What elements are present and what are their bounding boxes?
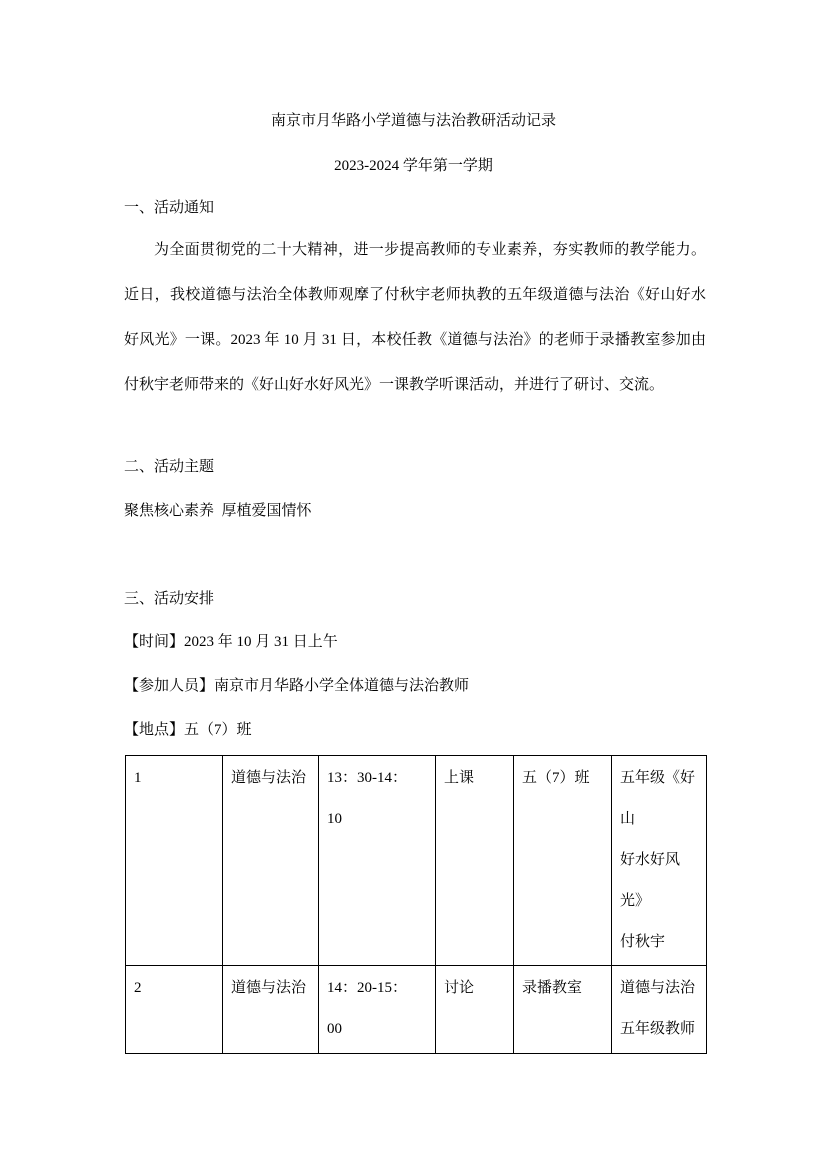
table-cell-activity: 上课: [436, 756, 514, 966]
table-cell-place: 五（7）班: [514, 756, 612, 966]
schedule-table-row: 2 道德与法治 14：20-15： 00 讨论 录播教室 道德与法治 五年级教师: [126, 966, 707, 1054]
info-participants-line: 【参加人员】南京市月华路小学全体道德与法治教师: [124, 677, 706, 695]
activity-theme-text: 聚焦核心素养 厚植爱国情怀: [124, 502, 706, 520]
info-time-line: 【时间】2023 年 10 月 31 日上午: [124, 633, 706, 651]
section-1-notice-paragraph: 为全面贯彻党的二十大精神，进一步提高教师的专业素养，夯实教师的教学能力。近日，我…: [124, 228, 706, 408]
document-page: 南京市月华路小学道德与法治教研活动记录 2023-2024 学年第一学期 一、活…: [0, 0, 827, 1170]
table-cell-no: 1: [126, 756, 223, 966]
table-cell-time: 13：30-14： 10: [319, 756, 436, 966]
schedule-table-row: 1 道德与法治 13：30-14： 10 上课 五（7）班 五年级《好山 好水好…: [126, 756, 707, 966]
section-3-heading: 三、活动安排: [124, 590, 706, 608]
section-1-heading: 一、活动通知: [124, 199, 706, 217]
table-cell-no: 2: [126, 966, 223, 1054]
document-title: 南京市月华路小学道德与法治教研活动记录: [0, 112, 827, 130]
table-cell-subject: 道德与法治: [223, 756, 319, 966]
table-cell-time: 14：20-15： 00: [319, 966, 436, 1054]
table-cell-subject: 道德与法治: [223, 966, 319, 1054]
table-cell-place: 录播教室: [514, 966, 612, 1054]
info-location-line: 【地点】五（7）班: [124, 721, 706, 739]
document-subtitle: 2023-2024 学年第一学期: [0, 157, 827, 175]
table-cell-content: 五年级《好山 好水好风光》 付秋宇: [612, 756, 707, 966]
section-2-heading: 二、活动主题: [124, 458, 706, 476]
schedule-table: 1 道德与法治 13：30-14： 10 上课 五（7）班 五年级《好山 好水好…: [125, 755, 707, 1054]
table-cell-activity: 讨论: [436, 966, 514, 1054]
table-cell-content: 道德与法治 五年级教师: [612, 966, 707, 1054]
